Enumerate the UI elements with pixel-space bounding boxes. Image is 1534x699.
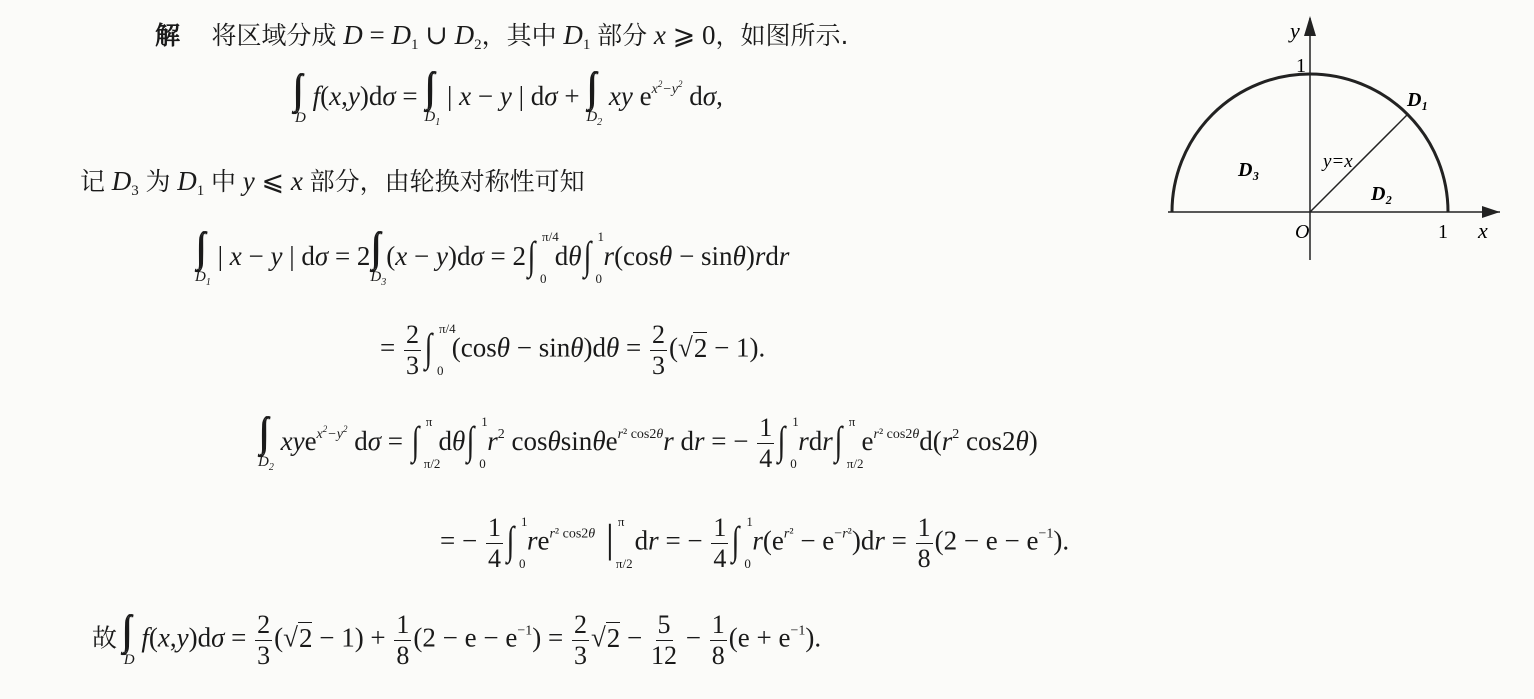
intro-line: 解 将区域分成 D = D1 ∪ D2，其中 D1 部分 x ⩾ 0，如图所示. bbox=[155, 22, 848, 53]
double-integral-D: ∫∫D bbox=[124, 613, 135, 668]
integral-0-pi4: ∫π/40 bbox=[526, 234, 548, 284]
equation-2-line-1: ∫∫D1 | x − y | dσ = 2∫∫D3(x − y)dσ = 2∫π… bbox=[195, 230, 789, 288]
integral-pi2-pi: ∫ππ/2 bbox=[833, 419, 855, 469]
x-tick-1: 1 bbox=[1438, 221, 1448, 243]
double-integral-D1: ∫∫D1 bbox=[195, 230, 211, 288]
note-zhong: 中 bbox=[211, 167, 236, 196]
x-axis-label: x bbox=[1477, 218, 1488, 243]
double-integral-D2: ∫∫D2 bbox=[586, 70, 602, 128]
label-D3: D₃ bbox=[1237, 159, 1259, 181]
double-integral-D3: ∫∫D3 bbox=[370, 230, 386, 288]
intro-prefix: 将区域分成 bbox=[212, 21, 337, 50]
double-integral-D: ∫∫D bbox=[295, 72, 306, 127]
semicircle-figure: y 1 D₁ D₃ y=x D₂ O 1 x bbox=[1160, 10, 1500, 260]
integral-0-1: ∫10 bbox=[582, 234, 604, 284]
y-axis-arrow-icon bbox=[1304, 16, 1316, 36]
label-D1: D₁ bbox=[1406, 89, 1428, 111]
equation-2-line-2: = 23∫π/40 (cosθ − sinθ)dθ = 23(√2 − 1). bbox=[380, 322, 765, 379]
integral-pi2-pi: ∫ππ/2 bbox=[410, 419, 432, 469]
integral-0-1: ∫10 bbox=[730, 519, 752, 569]
conclusion-line: 故 ∫∫D f(x,y)dσ = 23(√2 − 1) + 18(2 − e −… bbox=[92, 612, 821, 669]
equation-3-line-1: ∫∫D2 xyex2−y2 dσ = ∫ππ/2 dθ∫10r2 cosθsin… bbox=[258, 415, 1038, 473]
note-ji: 记 bbox=[80, 167, 105, 196]
intro-suffix: ，如图所示. bbox=[716, 21, 849, 50]
note-suffix: 部分，由轮换对称性可知 bbox=[310, 167, 585, 196]
origin-label: O bbox=[1295, 221, 1309, 243]
region-diagram: y 1 D₁ D₃ y=x D₂ O 1 x bbox=[1160, 10, 1500, 260]
y-tick-1: 1 bbox=[1296, 55, 1306, 77]
integral-0-pi4: ∫π/40 bbox=[423, 326, 445, 376]
integral-0-1: ∫10 bbox=[776, 419, 798, 469]
double-integral-D2: ∫∫D2 bbox=[258, 415, 274, 473]
equation-3-line-2: = − 14∫10rer² cos2θ |ππ/2 dr = − 14∫10r(… bbox=[440, 515, 1069, 572]
evaluation-bar: |ππ/2 bbox=[602, 519, 628, 569]
intro-part: 部分 bbox=[597, 21, 647, 50]
conclusion-label: 故 bbox=[92, 624, 117, 653]
label-y-eq-x: y=x bbox=[1321, 151, 1353, 172]
integral-0-1: ∫10 bbox=[505, 519, 527, 569]
note-wei: 为 bbox=[146, 167, 171, 196]
integral-0-1: ∫10 bbox=[465, 419, 487, 469]
intro-mid: ，其中 bbox=[482, 21, 557, 50]
solution-label: 解 bbox=[155, 21, 180, 50]
double-integral-D1: ∫∫D1 bbox=[424, 70, 440, 128]
equation-1: ∫∫D f(x,y)dσ = ∫∫D1 | x − y | dσ + ∫∫D2 … bbox=[295, 70, 723, 128]
label-D2: D₂ bbox=[1370, 183, 1392, 205]
x-axis-arrow-icon bbox=[1482, 206, 1500, 218]
note-line: 记 D3 为 D1 中 y ⩽ x 部分，由轮换对称性可知 bbox=[80, 168, 585, 199]
y-axis-label: y bbox=[1288, 18, 1300, 43]
